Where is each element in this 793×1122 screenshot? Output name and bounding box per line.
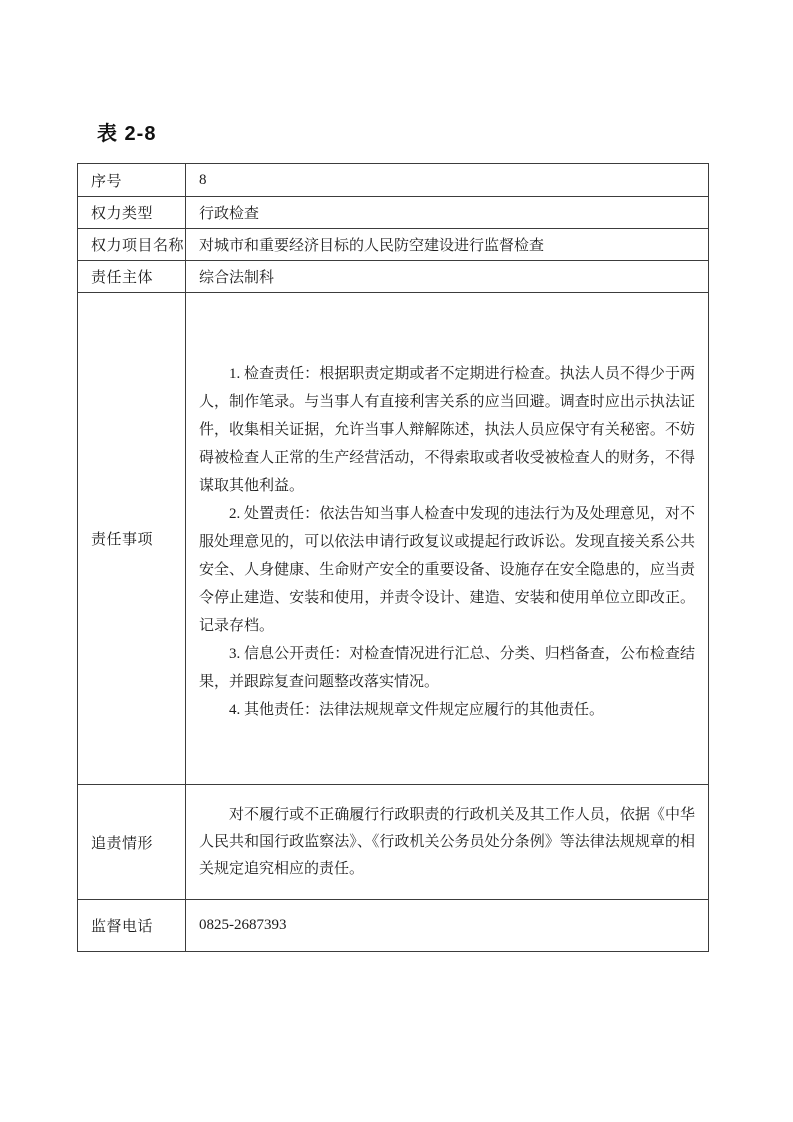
table-row-duties: 责任事项 1. 检查责任：根据职责定期或者不定期进行检查。执法人员不得少于两人，… [78, 293, 709, 785]
table-row-phone: 监督电话 0825-2687393 [78, 900, 709, 952]
row-label-accountability: 追责情形 [78, 785, 186, 900]
row-value-seq: 8 [186, 164, 709, 197]
row-value-responsible-body: 综合法制科 [186, 261, 709, 293]
row-value-accountability: 对不履行或不正确履行行政职责的行政机关及其工作人员，依据《中华人民共和国行政监察… [186, 785, 709, 900]
table-row-seq: 序号 8 [78, 164, 709, 197]
row-label-duties: 责任事项 [78, 293, 186, 785]
table-row-responsible-body: 责任主体 综合法制科 [78, 261, 709, 293]
row-label-seq: 序号 [78, 164, 186, 197]
table-row-power-type: 权力类型 行政检查 [78, 197, 709, 229]
document-page: 表 2-8 序号 8 权力类型 行政检查 权力项目名称 对城市和重要经济目标的人… [0, 0, 793, 1122]
duty-paragraph-1: 1. 检查责任：根据职责定期或者不定期进行检查。执法人员不得少于两人，制作笔录。… [199, 360, 695, 500]
row-value-project-name: 对城市和重要经济目标的人民防空建设进行监督检查 [186, 229, 709, 261]
row-value-duties: 1. 检查责任：根据职责定期或者不定期进行检查。执法人员不得少于两人，制作笔录。… [186, 293, 709, 785]
duty-paragraph-2: 2. 处置责任：依法告知当事人检查中发现的违法行为及处理意见，对不服处理意见的，… [199, 500, 695, 640]
duty-paragraph-3: 3. 信息公开责任：对检查情况进行汇总、分类、归档备查，公布检查结果，并跟踪复查… [199, 640, 695, 696]
table-row-accountability: 追责情形 对不履行或不正确履行行政职责的行政机关及其工作人员，依据《中华人民共和… [78, 785, 709, 900]
table-row-project-name: 权力项目名称 对城市和重要经济目标的人民防空建设进行监督检查 [78, 229, 709, 261]
row-value-power-type: 行政检查 [186, 197, 709, 229]
responsibility-table: 序号 8 权力类型 行政检查 权力项目名称 对城市和重要经济目标的人民防空建设进… [77, 163, 709, 952]
row-label-phone: 监督电话 [78, 900, 186, 952]
table-caption: 表 2-8 [97, 122, 793, 146]
accountability-paragraph: 对不履行或不正确履行行政职责的行政机关及其工作人员，依据《中华人民共和国行政监察… [199, 802, 695, 883]
row-label-power-type: 权力类型 [78, 197, 186, 229]
row-label-responsible-body: 责任主体 [78, 261, 186, 293]
duty-paragraph-4: 4. 其他责任：法律法规规章文件规定应履行的其他责任。 [199, 696, 695, 724]
row-value-phone: 0825-2687393 [186, 900, 709, 952]
row-label-project-name: 权力项目名称 [78, 229, 186, 261]
